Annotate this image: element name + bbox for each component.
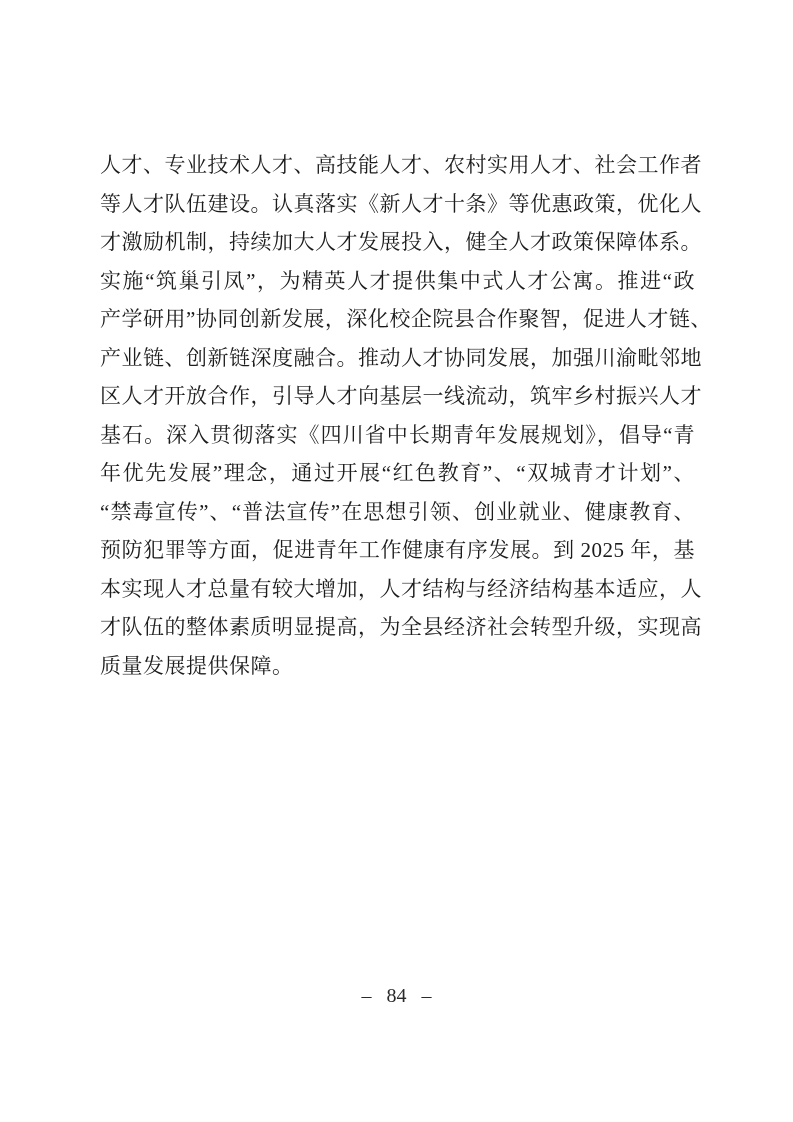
paragraph-line: 区人才开放合作，引导人才向基层一线流动，筑牢乡村振兴人才 xyxy=(100,377,695,416)
paragraph-line: 本实现人才总量有较大增加，人才结构与经济结构基本适应，人 xyxy=(100,570,695,609)
page-number: – 84 – xyxy=(0,985,793,1008)
paragraph-line: “禁毒宣传”、“普法宣传”在思想引领、创业就业、健康教育、 xyxy=(100,493,695,532)
paragraph-line: 产业链、创新链深度融合。推动人才协同发展，加强川渝毗邻地 xyxy=(100,339,695,378)
paragraph-line: 产学研用”协同创新发展，深化校企院县合作聚智，促进人才链、 xyxy=(100,300,695,339)
paragraph-line: 实施“筑巢引凤”，为精英人才提供集中式人才公寓。推进“政 xyxy=(100,262,695,301)
paragraph-line: 质量发展提供保障。 xyxy=(100,647,695,686)
paragraph-block: 人才、专业技术人才、高技能人才、农村实用人才、社会工作者 等人才队伍建设。认真落… xyxy=(100,146,695,685)
document-page: 人才、专业技术人才、高技能人才、农村实用人才、社会工作者 等人才队伍建设。认真落… xyxy=(0,0,793,1122)
paragraph-line: 才队伍的整体素质明显提高，为全县经济社会转型升级，实现高 xyxy=(100,608,695,647)
paragraph-line: 人才、专业技术人才、高技能人才、农村实用人才、社会工作者 xyxy=(100,146,695,185)
paragraph-line: 等人才队伍建设。认真落实《新人才十条》等优惠政策，优化人 xyxy=(100,185,695,224)
paragraph-line: 预防犯罪等方面，促进青年工作健康有序发展。到 2025 年，基 xyxy=(100,531,695,570)
paragraph-line: 才激励机制，持续加大人才发展投入，健全人才政策保障体系。 xyxy=(100,223,695,262)
paragraph-line: 基石。深入贯彻落实《四川省中长期青年发展规划》，倡导“青 xyxy=(100,416,695,455)
paragraph-line: 年优先发展”理念，通过开展“红色教育”、“双城青才计划”、 xyxy=(100,454,695,493)
